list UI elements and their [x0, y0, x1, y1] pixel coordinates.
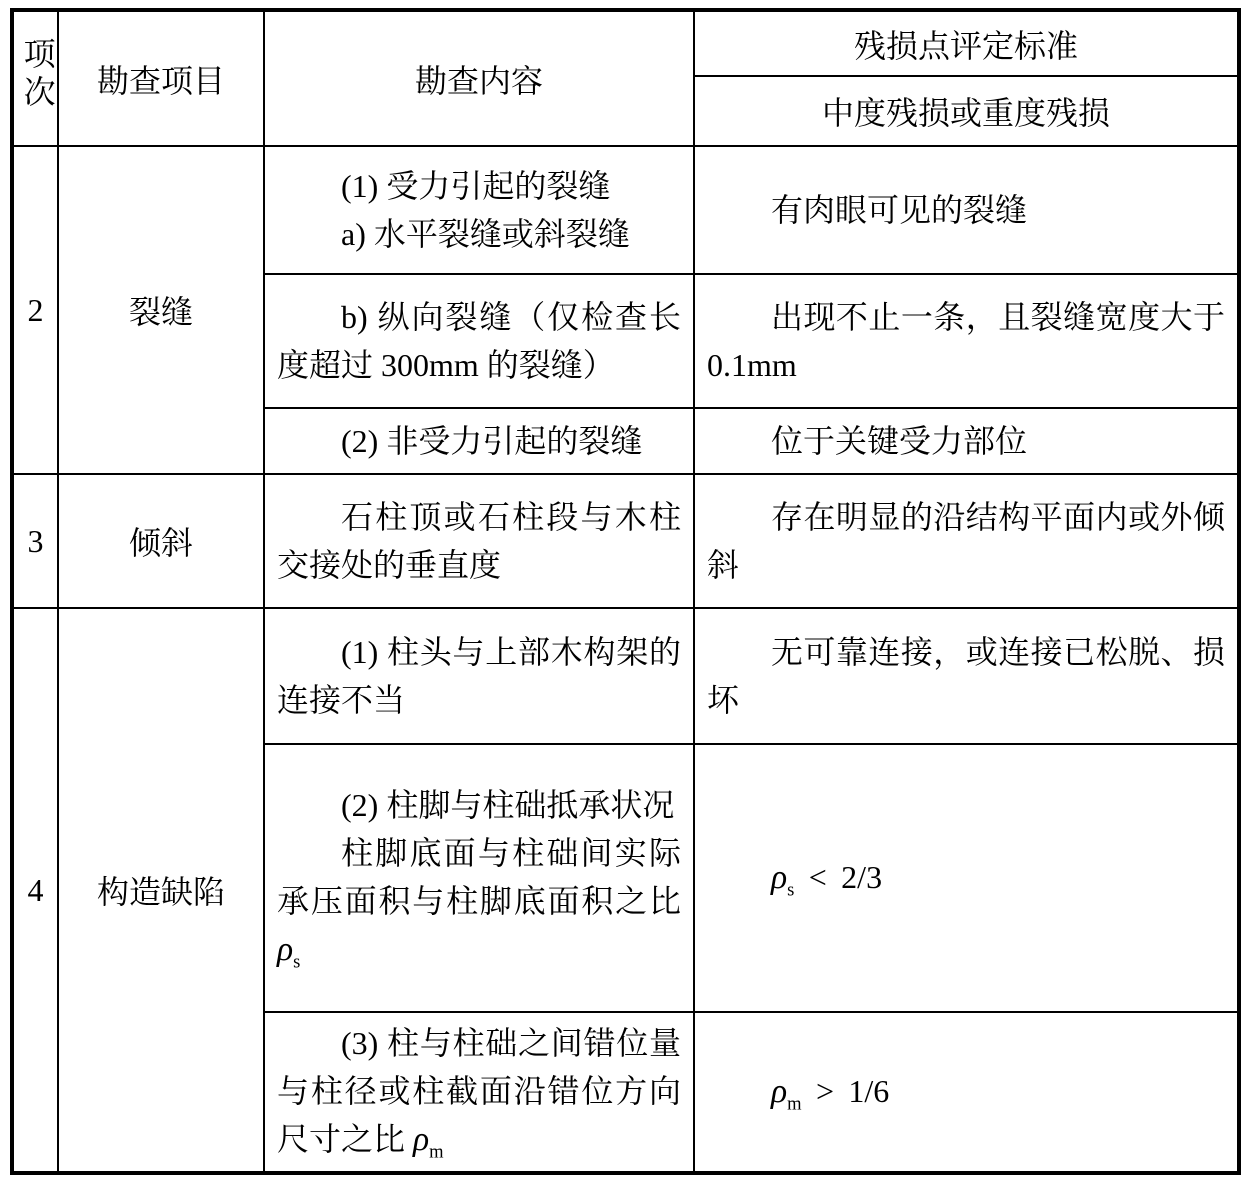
content-text: 柱脚底面与柱础间实际承压面积与柱脚底面积之比 — [277, 835, 681, 919]
row4b-criterion: ρs<2/3 — [694, 744, 1239, 1012]
header-item-number-label: 项次 — [20, 37, 54, 113]
row2b-criterion: 出现不止一条，且裂缝宽度大于 0.1mm — [694, 274, 1239, 408]
criterion-text: 无可靠连接，或连接已松脱、损坏 — [707, 628, 1225, 724]
damage-assessment-table: 项次 勘查项目 勘查内容 残损点评定标准 中度残损或重度残损 2 裂缝 (1) … — [10, 8, 1241, 1175]
row4b-content: (2) 柱脚与柱础抵承状况 柱脚底面与柱础间实际承压面积与柱脚底面积之比 ρs — [264, 744, 694, 1012]
rho-symbol: ρ — [771, 1073, 787, 1110]
row2c-criterion: 位于关键受力部位 — [694, 408, 1239, 474]
criterion-text: 出现不止一条，且裂缝宽度大于 0.1mm — [707, 293, 1225, 389]
content-line: a) 水平裂缝或斜裂缝 — [277, 210, 681, 258]
criterion-text: 存在明显的沿结构平面内或外倾斜 — [707, 493, 1225, 589]
table-row: 4 构造缺陷 (1) 柱头与上部木构架的连接不当 无可靠连接，或连接已松脱、损坏 — [12, 608, 1239, 744]
table-row: 2 裂缝 (1) 受力引起的裂缝 a) 水平裂缝或斜裂缝 有肉眼可见的裂缝 — [12, 146, 1239, 274]
row3-item: 倾斜 — [58, 474, 264, 608]
fraction-value: 2/3 — [841, 859, 882, 895]
header-survey-content: 勘查内容 — [264, 10, 694, 146]
row3-index: 3 — [12, 474, 58, 608]
content-text: (3) 柱与柱础之间错位量与柱径或柱截面沿错位方向尺寸之比 — [277, 1025, 681, 1157]
content-text: 石柱顶或石柱段与木柱交接处的垂直度 — [277, 493, 681, 589]
content-text: (1) 柱头与上部木构架的连接不当 — [277, 628, 681, 724]
greater-than-sign: > — [816, 1073, 834, 1109]
rho-subscript: s — [787, 879, 794, 900]
row2b-content: b) 纵向裂缝（仅检查长度超过 300mm 的裂缝） — [264, 274, 694, 408]
row4c-content: (3) 柱与柱础之间错位量与柱径或柱截面沿错位方向尺寸之比 ρm — [264, 1012, 694, 1173]
rho-symbol: ρ — [277, 931, 293, 968]
fraction-value: 1/6 — [848, 1073, 889, 1109]
content-paragraph: (3) 柱与柱础之间错位量与柱径或柱截面沿错位方向尺寸之比 ρm — [277, 1019, 681, 1165]
row4-item: 构造缺陷 — [58, 608, 264, 1173]
content-paragraph-2: 柱脚底面与柱础间实际承压面积与柱脚底面积之比 ρs — [277, 829, 681, 975]
content-line: (1) 受力引起的裂缝 — [277, 162, 681, 210]
row2a-criterion: 有肉眼可见的裂缝 — [694, 146, 1239, 274]
header-criteria: 残损点评定标准 — [694, 10, 1239, 76]
criterion-text: 有肉眼可见的裂缝 — [707, 186, 1225, 234]
rho-symbol: ρ — [413, 1121, 429, 1158]
header-item-number: 项次 — [12, 10, 58, 146]
criterion-formula: ρm>1/6 — [707, 1067, 1225, 1117]
row4-index: 4 — [12, 608, 58, 1173]
row4a-content: (1) 柱头与上部木构架的连接不当 — [264, 608, 694, 744]
row2a-content: (1) 受力引起的裂缝 a) 水平裂缝或斜裂缝 — [264, 146, 694, 274]
row3-content: 石柱顶或石柱段与木柱交接处的垂直度 — [264, 474, 694, 608]
header-criteria-sub: 中度残损或重度残损 — [694, 76, 1239, 146]
table-row: 3 倾斜 石柱顶或石柱段与木柱交接处的垂直度 存在明显的沿结构平面内或外倾斜 — [12, 474, 1239, 608]
rho-subscript: m — [787, 1093, 801, 1114]
content-text: (2) 非受力引起的裂缝 — [277, 417, 681, 465]
content-text: b) 纵向裂缝（仅检查长度超过 300mm 的裂缝） — [277, 293, 681, 389]
rho-subscript: s — [293, 951, 300, 972]
content-paragraph-1: (2) 柱脚与柱础抵承状况 — [277, 781, 681, 829]
row3-criterion: 存在明显的沿结构平面内或外倾斜 — [694, 474, 1239, 608]
row4a-criterion: 无可靠连接，或连接已松脱、损坏 — [694, 608, 1239, 744]
rho-subscript: m — [429, 1141, 443, 1162]
rho-symbol: ρ — [771, 859, 787, 896]
row2-index: 2 — [12, 146, 58, 474]
header-survey-item: 勘查项目 — [58, 10, 264, 146]
criterion-text: 位于关键受力部位 — [707, 417, 1225, 465]
row2-item: 裂缝 — [58, 146, 264, 474]
row2c-content: (2) 非受力引起的裂缝 — [264, 408, 694, 474]
row4c-criterion: ρm>1/6 — [694, 1012, 1239, 1173]
criterion-formula: ρs<2/3 — [707, 853, 1225, 903]
document-page: 项次 勘查项目 勘查内容 残损点评定标准 中度残损或重度残损 2 裂缝 (1) … — [0, 0, 1249, 1183]
less-than-sign: < — [809, 859, 827, 895]
